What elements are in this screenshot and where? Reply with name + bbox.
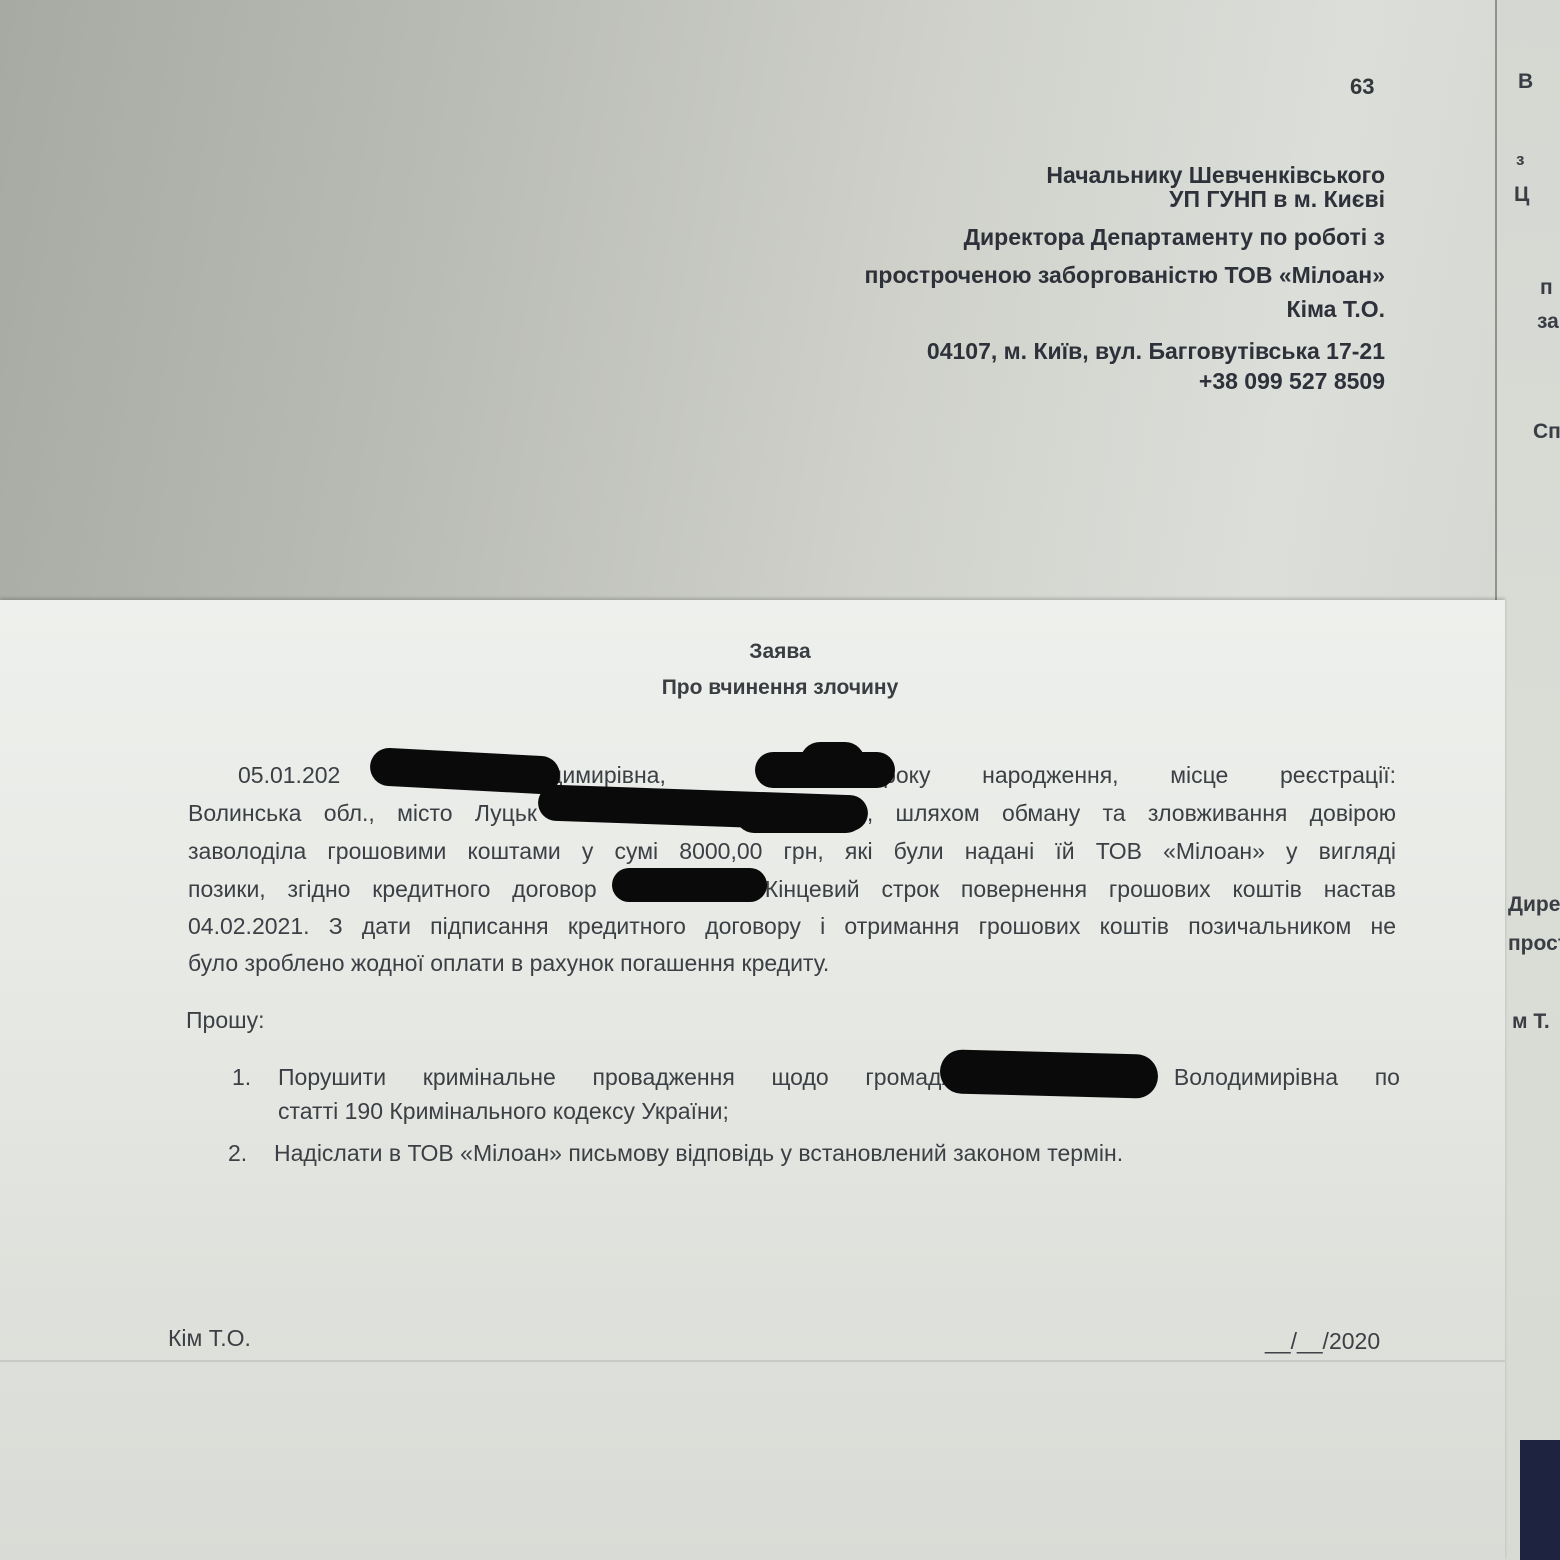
adjacent-page-fragment: Дире: [1508, 893, 1560, 917]
adjacent-page-fragment: В: [1518, 70, 1533, 94]
redaction-mark: [939, 1049, 1158, 1099]
photo-scene: В з Ц п за Сп Дире прост м Т. 63 Начальн…: [0, 0, 1560, 1560]
redaction-mark: [612, 868, 767, 902]
addressee-line: простроченою заборгованістю ТОВ «Мілоан»: [865, 262, 1385, 289]
addressee-line: УП ГУНП в м. Києві: [1169, 186, 1385, 213]
adjacent-page-fragment: м Т.: [1512, 1010, 1550, 1034]
document-subtitle: Про вчинення злочину: [0, 676, 1560, 700]
addressee-line: Директора Департаменту по роботі з: [964, 224, 1385, 251]
redaction-mark: [735, 795, 865, 833]
addressee-line: Кіма Т.О.: [1287, 296, 1385, 323]
signature-name: Кім Т.О.: [168, 1325, 251, 1352]
document-title: Заява: [0, 640, 1560, 664]
request-label: Прошу:: [186, 1007, 264, 1034]
adjacent-page-fragment: Сп: [1533, 420, 1560, 444]
letter-upper-fold: [0, 0, 1495, 600]
sender-phone: +38 099 527 8509: [1199, 368, 1385, 395]
dark-background-object: [1520, 1440, 1560, 1560]
request-item: Надіслати в ТОВ «Мілоан» письмову відпов…: [274, 1140, 1123, 1167]
adjacent-page-fragment: з: [1516, 150, 1524, 170]
request-number: 2.: [228, 1140, 247, 1167]
body-line: заволоділа грошовими коштами у сумі 8000…: [188, 838, 1396, 865]
request-item: Порушити кримінальне провадження щодо гр…: [278, 1064, 1400, 1091]
body-line: 04.02.2021. З дати підписання кредитного…: [188, 913, 1396, 940]
paper-fold: [0, 1360, 1505, 1362]
body-line: було зроблено жодної оплати в рахунок по…: [188, 950, 1396, 977]
adjacent-page-fragment: прост: [1508, 932, 1560, 956]
adjacent-page-fragment: за: [1537, 310, 1559, 334]
page-number: 63: [1350, 74, 1374, 100]
sender-address: 04107, м. Київ, вул. Багговутівська 17-2…: [927, 338, 1385, 365]
signature-date: __/__/2020: [1265, 1328, 1380, 1355]
request-number: 1.: [232, 1064, 251, 1091]
redaction-mark: [800, 742, 865, 782]
adjacent-page-fragment: Ц: [1514, 183, 1529, 207]
request-item-continuation: статті 190 Кримінального кодексу України…: [278, 1098, 729, 1125]
adjacent-page-fragment: п: [1540, 276, 1553, 300]
body-line: позики, згідно кредитного договор. Кінце…: [188, 876, 1396, 903]
addressee-line: Начальнику Шевченківського: [1046, 162, 1385, 189]
